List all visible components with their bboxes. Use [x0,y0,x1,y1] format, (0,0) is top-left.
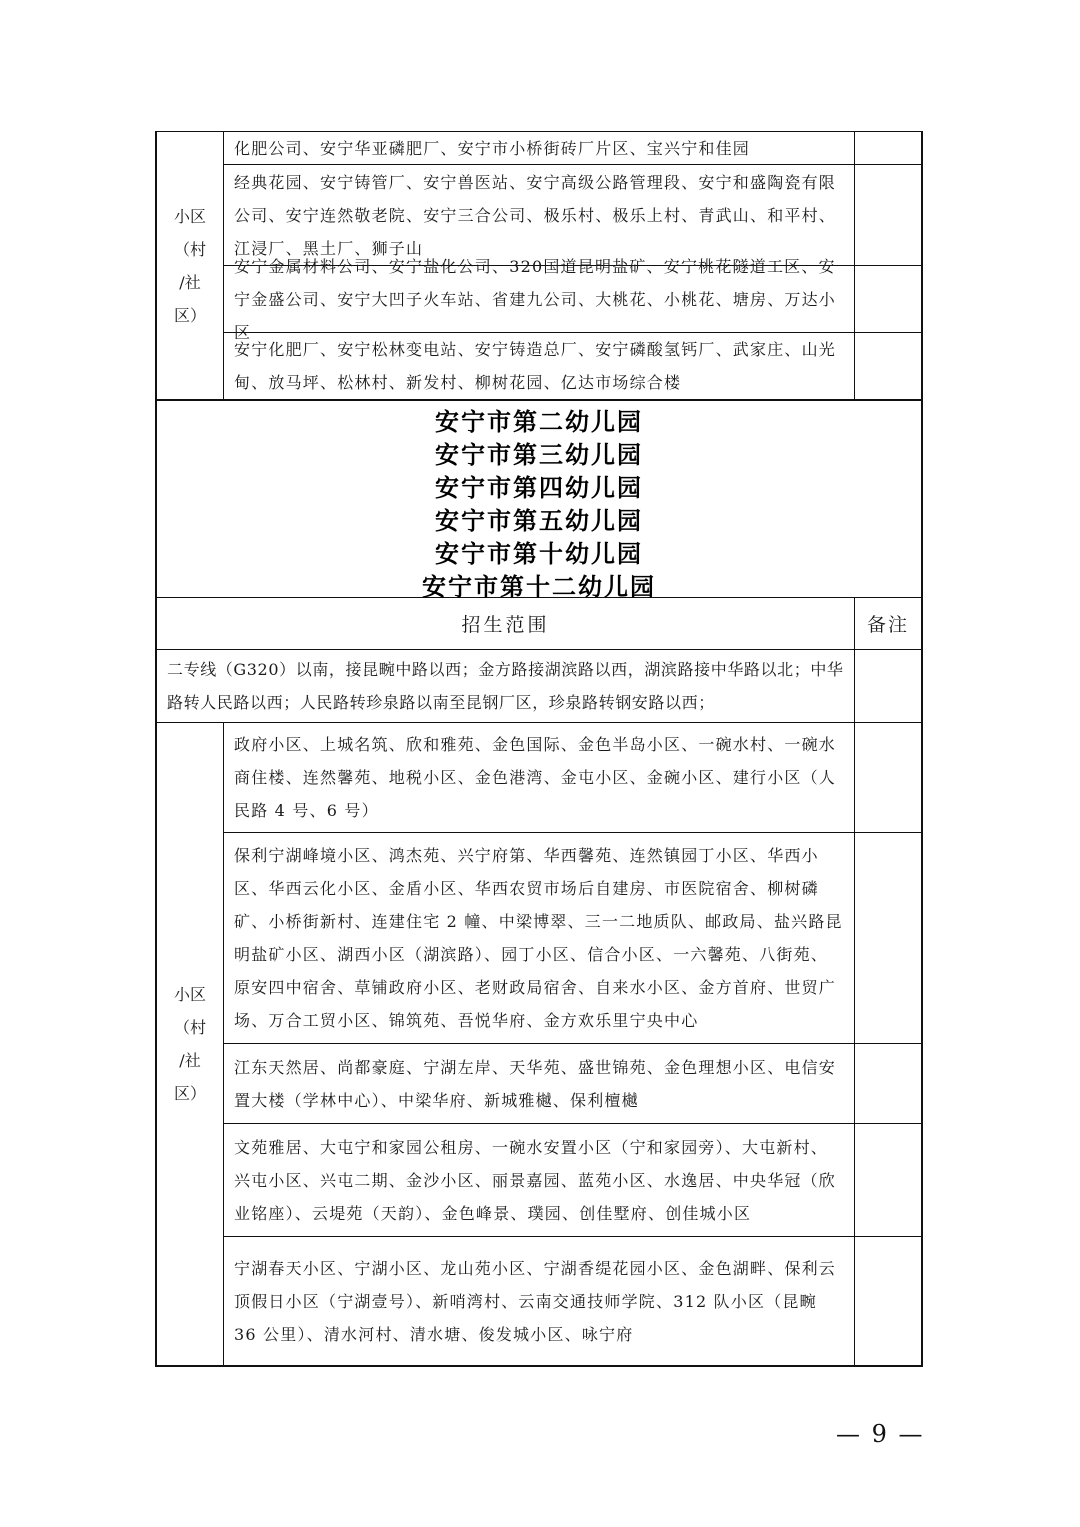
community-list: 化肥公司、安宁华亚磷肥厂、安宁市小桥街砖厂片区、宝兴宁和佳园 [224,132,855,164]
community-list: 政府小区、上城名筑、欣和雅苑、金色国际、金色半岛小区、一碗水村、一碗水商住楼、连… [224,723,855,832]
remarks-cell [855,333,921,399]
table-row: 政府小区、上城名筑、欣和雅苑、金色国际、金色半岛小区、一碗水村、一碗水商住楼、连… [224,723,921,832]
community-list: 安宁化肥厂、安宁松林变电站、安宁铸造总厂、安宁磷酸氢钙厂、武家庄、山光甸、放马坪… [224,333,855,399]
table-row: 安宁化肥厂、安宁松林变电站、安宁铸造总厂、安宁磷酸氢钙厂、武家庄、山光甸、放马坪… [224,332,921,399]
remarks-cell [855,1044,921,1123]
remarks-cell [855,723,921,832]
table-row: 江东天然居、尚都豪庭、宁湖左岸、天华苑、盛世锦苑、金色理想小区、电信安置大楼（学… [224,1043,921,1123]
label-line: 区） [170,299,210,332]
section-a-label: 小区 （村 /社 区） [157,132,224,399]
page-number: — 9 — [836,1420,925,1448]
remarks-cell [855,132,921,164]
header-scope: 招生范围 [157,598,855,649]
school-name: 安宁市第四幼儿园 [157,472,921,505]
label-line: （村 [170,1011,210,1044]
community-list: 保利宁湖峰境小区、鸿杰苑、兴宁府第、华西馨苑、连然镇园丁小区、华西小区、华西云化… [224,833,855,1043]
table-row: 宁湖春天小区、宁湖小区、龙山苑小区、宁湖香缇花园小区、金色湖畔、保利云顶假日小区… [224,1236,921,1365]
section-b-rows: 政府小区、上城名筑、欣和雅苑、金色国际、金色半岛小区、一碗水村、一碗水商住楼、连… [224,723,921,1365]
label-line: （村 [170,233,210,266]
community-list: 文苑雅居、大屯宁和家园公租房、一碗水安置小区（宁和家园旁）、大屯新村、兴屯小区、… [224,1124,855,1236]
school-names-block: 安宁市第二幼儿园 安宁市第三幼儿园 安宁市第四幼儿园 安宁市第五幼儿园 安宁市第… [157,399,921,597]
section-a-rows: 化肥公司、安宁华亚磷肥厂、安宁市小桥街砖厂片区、宝兴宁和佳园 经典花园、安宁铸管… [224,132,921,399]
school-name: 安宁市第十幼儿园 [157,538,921,571]
community-list: 安宁金属材料公司、安宁盐化公司、320国道昆明盐矿、安宁桃花隧道工区、安宁金盛公… [224,266,855,332]
enrollment-table: 小区 （村 /社 区） 化肥公司、安宁华亚磷肥厂、安宁市小桥街砖厂片区、宝兴宁和… [155,131,923,1367]
boundary-text: 二专线（G320）以南，接昆畹中路以西；金方路接湖滨路以西，湖滨路接中华路以北；… [157,650,855,722]
column-header-row: 招生范围 备注 [157,597,921,649]
label-line: 小区 [170,978,210,1011]
label-line: /社 [170,266,210,299]
community-list: 江东天然居、尚都豪庭、宁湖左岸、天华苑、盛世锦苑、金色理想小区、电信安置大楼（学… [224,1044,855,1123]
section-b-group: 小区 （村 /社 区） 政府小区、上城名筑、欣和雅苑、金色国际、金色半岛小区、一… [157,722,921,1365]
school-name: 安宁市第三幼儿园 [157,439,921,472]
remarks-cell [855,650,921,722]
label-line: /社 [170,1044,210,1077]
table-row: 文苑雅居、大屯宁和家园公租房、一碗水安置小区（宁和家园旁）、大屯新村、兴屯小区、… [224,1123,921,1236]
section-a-group: 小区 （村 /社 区） 化肥公司、安宁华亚磷肥厂、安宁市小桥街砖厂片区、宝兴宁和… [157,132,921,399]
remarks-cell [855,1237,921,1365]
remarks-cell [855,1124,921,1236]
label-line: 小区 [170,200,210,233]
remarks-cell [855,165,921,265]
table-row: 化肥公司、安宁华亚磷肥厂、安宁市小桥街砖厂片区、宝兴宁和佳园 [224,132,921,164]
label-line: 区） [170,1077,210,1110]
community-list: 宁湖春天小区、宁湖小区、龙山苑小区、宁湖香缇花园小区、金色湖畔、保利云顶假日小区… [224,1237,855,1365]
table-row: 保利宁湖峰境小区、鸿杰苑、兴宁府第、华西馨苑、连然镇园丁小区、华西小区、华西云化… [224,832,921,1043]
school-name: 安宁市第二幼儿园 [157,406,921,439]
section-b-label: 小区 （村 /社 区） [157,723,224,1365]
header-remarks: 备注 [855,598,921,649]
remarks-cell [855,833,921,1043]
boundary-row: 二专线（G320）以南，接昆畹中路以西；金方路接湖滨路以西，湖滨路接中华路以北；… [157,649,921,722]
table-row: 安宁金属材料公司、安宁盐化公司、320国道昆明盐矿、安宁桃花隧道工区、安宁金盛公… [224,265,921,332]
remarks-cell [855,266,921,332]
school-name: 安宁市第五幼儿园 [157,505,921,538]
